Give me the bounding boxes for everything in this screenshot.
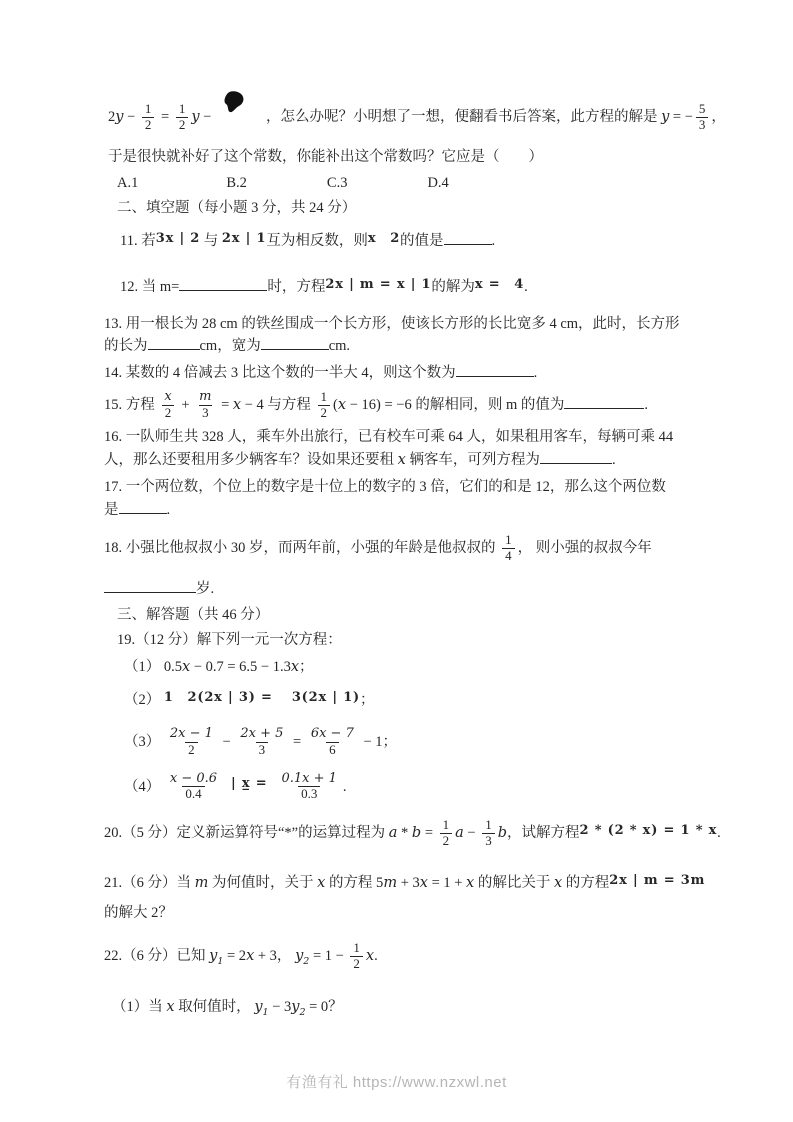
fraction-denominator: 2 — [176, 117, 189, 133]
fraction-numerator: 0.1x + 1 — [278, 772, 339, 787]
text-segment: 15. 方程 — [104, 397, 158, 413]
text-segment: 岁. — [196, 581, 214, 597]
equation-snippet: 1 2(2x | 3) = 3(2x | 1) — [164, 690, 360, 705]
text-segment: 13. 用一根长为 28 cm 的铁丝围成一个长方形，使该长方形的长比宽多 4 … — [104, 316, 680, 332]
fraction-numerator: 5 — [696, 102, 709, 117]
text-segment: + — [178, 397, 193, 413]
text-segment: . — [167, 502, 171, 518]
text-segment: . — [343, 778, 347, 794]
text-segment: 12. 当 m= — [120, 279, 179, 295]
fraction-numerator: 1 — [440, 818, 453, 833]
equation-snippet: 2 * (2 * x) = 1 * x — [580, 823, 718, 838]
fraction-denominator: 3 — [256, 742, 269, 758]
math-variable: y — [191, 109, 199, 125]
question-14: 14. 某数的 4 倍减去 3 比这个数的一半大 4，则这个数为. — [104, 363, 704, 383]
text-segment: ， 则小强的叔叔今年 — [518, 540, 652, 556]
math-variable: m — [195, 875, 209, 891]
math-variable: x — [182, 659, 190, 675]
fraction: 12 — [440, 818, 453, 849]
question-19-header: 19.（12 分）解下列一元一次方程： — [104, 630, 704, 650]
text-segment: = — [217, 397, 232, 413]
text-segment: − 0.7 = 6.5 − 1.3 — [190, 659, 291, 675]
fraction: 12 — [318, 390, 331, 421]
text-segment: 二、填空题（每小题 3 分，共 24 分） — [117, 200, 356, 216]
text-segment: ； — [299, 659, 314, 675]
text-segment: 与 — [200, 233, 222, 249]
fraction: 53 — [696, 102, 709, 133]
text-segment: cm，宽为 — [200, 338, 261, 354]
blank-underline — [148, 336, 200, 350]
text-segment: 的值是 — [400, 233, 444, 249]
spacer — [250, 120, 266, 121]
text-segment: − — [219, 733, 234, 749]
fraction-denominator: 3 — [199, 405, 212, 421]
blank-underline — [444, 231, 492, 245]
choice-options-row: A.1B.2C.3D.4 — [104, 173, 704, 193]
text-segment: . — [717, 825, 721, 841]
text-segment: 17. 一个两位数，个位上的数字是十位上的数字的 3 倍，它们的和是 12，那么… — [104, 479, 666, 495]
fraction-denominator: 2 — [318, 405, 331, 421]
text-segment: C.3 — [327, 175, 348, 191]
text-segment: 取何值时， — [175, 999, 255, 1015]
question-17-line1: 17. 一个两位数，个位上的数字是十位上的数字的 3 倍，它们的和是 12，那么… — [104, 477, 704, 497]
fraction: 2x + 53 — [237, 727, 286, 758]
text-segment: . — [374, 948, 378, 964]
math-variable: m — [383, 875, 397, 891]
equation-snippet: | x̲ = — [231, 776, 267, 791]
fraction-denominator: 2 — [162, 405, 175, 421]
text-segment: 的长为 — [104, 338, 148, 354]
text-segment: 的解大 2？ — [104, 905, 173, 921]
question-17-line2: 是. — [104, 500, 704, 520]
text-segment: = — [289, 733, 304, 749]
text-segment: = 0？ — [306, 999, 343, 1015]
fraction: x − 0.60.4 — [167, 772, 220, 803]
fraction-numerator: 2x − 1 — [167, 727, 216, 742]
text-segment: cm. — [329, 338, 350, 354]
text-segment: 于是很快就补好了这个常数，你能补出这个常数吗？它应是（ ） — [108, 149, 543, 165]
fraction-denominator: 3 — [482, 833, 495, 849]
text-segment: 21.（6 分）当 — [104, 875, 195, 891]
question-16-line1: 16. 一队师生共 328 人，乘车外出旅行，已有校车可乘 64 人，如果租用客… — [104, 427, 704, 447]
question-19-part3: （3） 2x − 12 − 2x + 53 = 6x − 76 − 1； — [104, 727, 704, 758]
fraction: 12 — [176, 102, 189, 133]
text-segment: = — [421, 825, 436, 841]
fraction: 12 — [142, 102, 155, 133]
text-segment: ，试解方程 — [507, 825, 580, 841]
question-13-line2: 的长为cm，宽为cm. — [104, 336, 704, 356]
text-segment: − — [200, 109, 215, 125]
text-segment: − 1； — [360, 733, 397, 749]
text-segment: 的解为 — [431, 279, 475, 295]
fraction-denominator: 4 — [502, 548, 515, 564]
text-segment: 时，方程 — [267, 279, 325, 295]
equation-snippet: x 2 — [368, 231, 400, 246]
question-13-line1: 13. 用一根长为 28 cm 的铁丝围成一个长方形，使该长方形的长比宽多 4 … — [104, 314, 704, 334]
math-variable: x — [420, 875, 428, 891]
text-segment: . — [534, 365, 538, 381]
math-variable: x — [338, 397, 346, 413]
question-15: 15. 方程 x2 + m3 = x − 4 与方程 12(x − 16) = … — [104, 390, 704, 421]
text-segment: ； — [360, 692, 375, 708]
text-segment: * — [397, 825, 412, 841]
text-segment: （1）当 — [112, 999, 166, 1015]
text-segment: . — [644, 397, 648, 413]
fraction: 6x − 76 — [308, 727, 357, 758]
text-segment: 三、解答题（共 46 分） — [117, 607, 269, 623]
text-segment: 19.（12 分）解下列一元一次方程： — [117, 632, 342, 648]
spacer — [347, 186, 427, 187]
text-segment: + 3， — [254, 948, 295, 964]
math-variable: x — [166, 999, 174, 1015]
text-segment: 16. 一队师生共 328 人，乘车外出旅行，已有校车可乘 64 人，如果租用客… — [104, 429, 673, 445]
text-segment: D.4 — [427, 175, 448, 191]
footer-watermark: 有渔有礼 https://www.nzxwl.net — [0, 1071, 793, 1092]
math-variable: y — [254, 999, 262, 1015]
math-variable: x — [233, 397, 241, 413]
text-segment: = — [157, 109, 172, 125]
text-segment: = 1 + — [428, 875, 466, 891]
worksheet-page: 2y − 12 = 12y − ，怎么办呢？小明想了一想，便翻看书后答案，此方程… — [0, 0, 793, 1122]
text-segment: − 4 与方程 — [241, 397, 314, 413]
text-segment: （1） 0.5 — [124, 659, 182, 675]
text-segment: 辆客车，可列方程为 — [406, 452, 540, 468]
equation-snippet: 2x | 1 — [222, 231, 266, 246]
intro-text-line: 于是很快就补好了这个常数，你能补出这个常数吗？它应是（ ） — [104, 147, 704, 167]
question-22-part1: （1）当 x 取何值时， y1 − 3y2 = 0？ — [104, 997, 704, 1023]
fraction-denominator: 2 — [185, 742, 198, 758]
fraction-denominator: 2 — [350, 956, 363, 972]
question-11: 11. 若3x | 2 与 2x | 1互为相反数，则x 2的值是. — [104, 231, 704, 252]
text-segment: 14. 某数的 4 倍减去 3 比这个数的一半大 4，则这个数为 — [104, 365, 456, 381]
blank-underline — [119, 500, 167, 514]
blank-underline — [179, 277, 267, 291]
text-segment: 为何值时，关于 — [208, 875, 317, 891]
text-segment: （2） — [124, 692, 164, 708]
text-segment: 11. 若 — [120, 233, 156, 249]
blank-underline — [456, 363, 534, 377]
math-variable: x — [398, 452, 406, 468]
fraction-denominator: 0.3 — [298, 786, 320, 802]
question-22: 22.（6 分）已知 y1 = 2x + 3， y2 = 1 − 12x. — [104, 941, 704, 972]
fraction: 12 — [350, 941, 363, 972]
spacer — [223, 789, 231, 790]
fraction-denominator: 6 — [326, 742, 339, 758]
text-segment: . — [524, 279, 528, 295]
text-segment: ，怎么办呢？小明想了一想，便翻看书后答案，此方程的解是 — [266, 109, 661, 125]
text-segment: . — [492, 233, 496, 249]
text-segment: − — [123, 109, 138, 125]
fraction-numerator: 1 — [142, 102, 155, 117]
text-segment: − 16) = −6 的解相同，则 m 的值为 — [346, 397, 564, 413]
math-variable: b — [498, 825, 507, 841]
fraction-numerator: 6x − 7 — [308, 727, 357, 742]
math-variable: a — [455, 825, 464, 841]
question-18-line2: 岁. — [104, 579, 704, 599]
fraction-denominator: 3 — [696, 117, 709, 133]
equation-snippet: 3x | 2 — [156, 231, 200, 246]
text-segment: = − — [669, 109, 693, 125]
text-segment: ， — [711, 109, 726, 125]
math-variable: x — [554, 875, 562, 891]
blank-underline — [564, 395, 644, 409]
fraction-numerator: 1 — [502, 533, 515, 548]
fraction-numerator: 1 — [350, 941, 363, 956]
question-16-line2: 人，那么还要租用多少辆客车？设如果还要租 x 辆客车，可列方程为. — [104, 450, 704, 470]
text-segment: A.1 — [117, 175, 138, 191]
fraction-numerator: 1 — [176, 102, 189, 117]
section-3-header: 三、解答题（共 46 分） — [104, 605, 704, 625]
fraction: m3 — [196, 390, 214, 421]
text-segment: （3） — [124, 733, 164, 749]
text-segment: . — [612, 452, 616, 468]
fraction: x2 — [161, 390, 174, 421]
text-segment: = 2 — [223, 948, 246, 964]
question-18-line1: 18. 小强比他叔叔小 30 岁，而两年前，小强的年龄是他叔叔的 14， 则小强… — [104, 533, 704, 564]
fraction-numerator: 1 — [318, 390, 331, 405]
text-segment: B.2 — [226, 175, 247, 191]
fraction-numerator: 2x + 5 — [237, 727, 286, 742]
ink-blob-icon — [220, 91, 245, 121]
equation-snippet: 2x | m = x | 1 — [325, 277, 431, 292]
question-12: 12. 当 m=时，方程2x | m = x | 1的解为x = 4. — [104, 277, 704, 298]
spacer — [247, 186, 327, 187]
question-21-line2: 的解大 2？ — [104, 903, 704, 923]
text-segment: 18. 小强比他叔叔小 30 岁，而两年前，小强的年龄是他叔叔的 — [104, 540, 499, 556]
equation-snippet: 2x | m = 3m — [609, 873, 705, 888]
math-variable: x — [466, 875, 474, 891]
fraction-numerator: m — [196, 390, 214, 405]
spacer — [138, 186, 226, 187]
fraction: 14 — [502, 533, 515, 564]
text-segment: 互为相反数，则 — [266, 233, 368, 249]
spacer — [267, 789, 275, 790]
question-20: 20.（5 分）定义新运算符号“*”的运算过程为 a * b = 12a − 1… — [104, 818, 704, 849]
fraction-denominator: 2 — [142, 117, 155, 133]
text-segment: 22.（6 分）已知 — [104, 948, 209, 964]
question-19-part1: （1） 0.5x − 0.7 = 6.5 − 1.3x； — [104, 657, 704, 677]
text-segment: 人，那么还要租用多少辆客车？设如果还要租 — [104, 452, 398, 468]
equation-snippet: x = 4 — [475, 277, 524, 292]
text-segment: − 3 — [269, 999, 292, 1015]
fraction-numerator: x — [161, 390, 174, 405]
text-segment: 的方程 5 — [325, 875, 383, 891]
text-segment: 是 — [104, 502, 119, 518]
intro-equation-line: 2y − 12 = 12y − ，怎么办呢？小明想了一想，便翻看书后答案，此方程… — [104, 102, 704, 133]
fraction-denominator: 0.4 — [182, 786, 204, 802]
fraction: 0.1x + 10.3 — [278, 772, 339, 803]
fraction-numerator: 1 — [482, 818, 495, 833]
question-21-line1: 21.（6 分）当 m 为何值时，关于 x 的方程 5m + 3x = 1 + … — [104, 873, 704, 894]
text-segment: + 3 — [397, 875, 420, 891]
section-2-header: 二、填空题（每小题 3 分，共 24 分） — [104, 198, 704, 218]
text-segment: = 1 − — [309, 948, 347, 964]
fraction: 2x − 12 — [167, 727, 216, 758]
blank-underline — [540, 450, 612, 464]
fraction: 13 — [482, 818, 495, 849]
text-segment: − — [464, 825, 479, 841]
math-variable: b — [412, 825, 421, 841]
fraction-numerator: x − 0.6 — [167, 772, 220, 787]
text-segment: 20.（5 分）定义新运算符号“*”的运算过程为 — [104, 825, 389, 841]
text-segment: 的方程 — [562, 875, 609, 891]
document-body: 2y − 12 = 12y − ，怎么办呢？小明想了一想，便翻看书后答案，此方程… — [104, 102, 704, 1023]
math-variable: x — [291, 659, 299, 675]
text-segment: 的解比关于 — [474, 875, 554, 891]
blank-underline — [104, 579, 196, 593]
question-19-part4: （4） x − 0.60.4| x̲ =0.1x + 10.3. — [104, 772, 704, 803]
text-segment: （4） — [124, 778, 164, 794]
blank-underline — [261, 336, 329, 350]
question-19-part2: （2） 1 2(2x | 3) = 3(2x | 1)； — [104, 690, 704, 711]
fraction-denominator: 2 — [440, 833, 453, 849]
math-variable: x — [366, 948, 374, 964]
